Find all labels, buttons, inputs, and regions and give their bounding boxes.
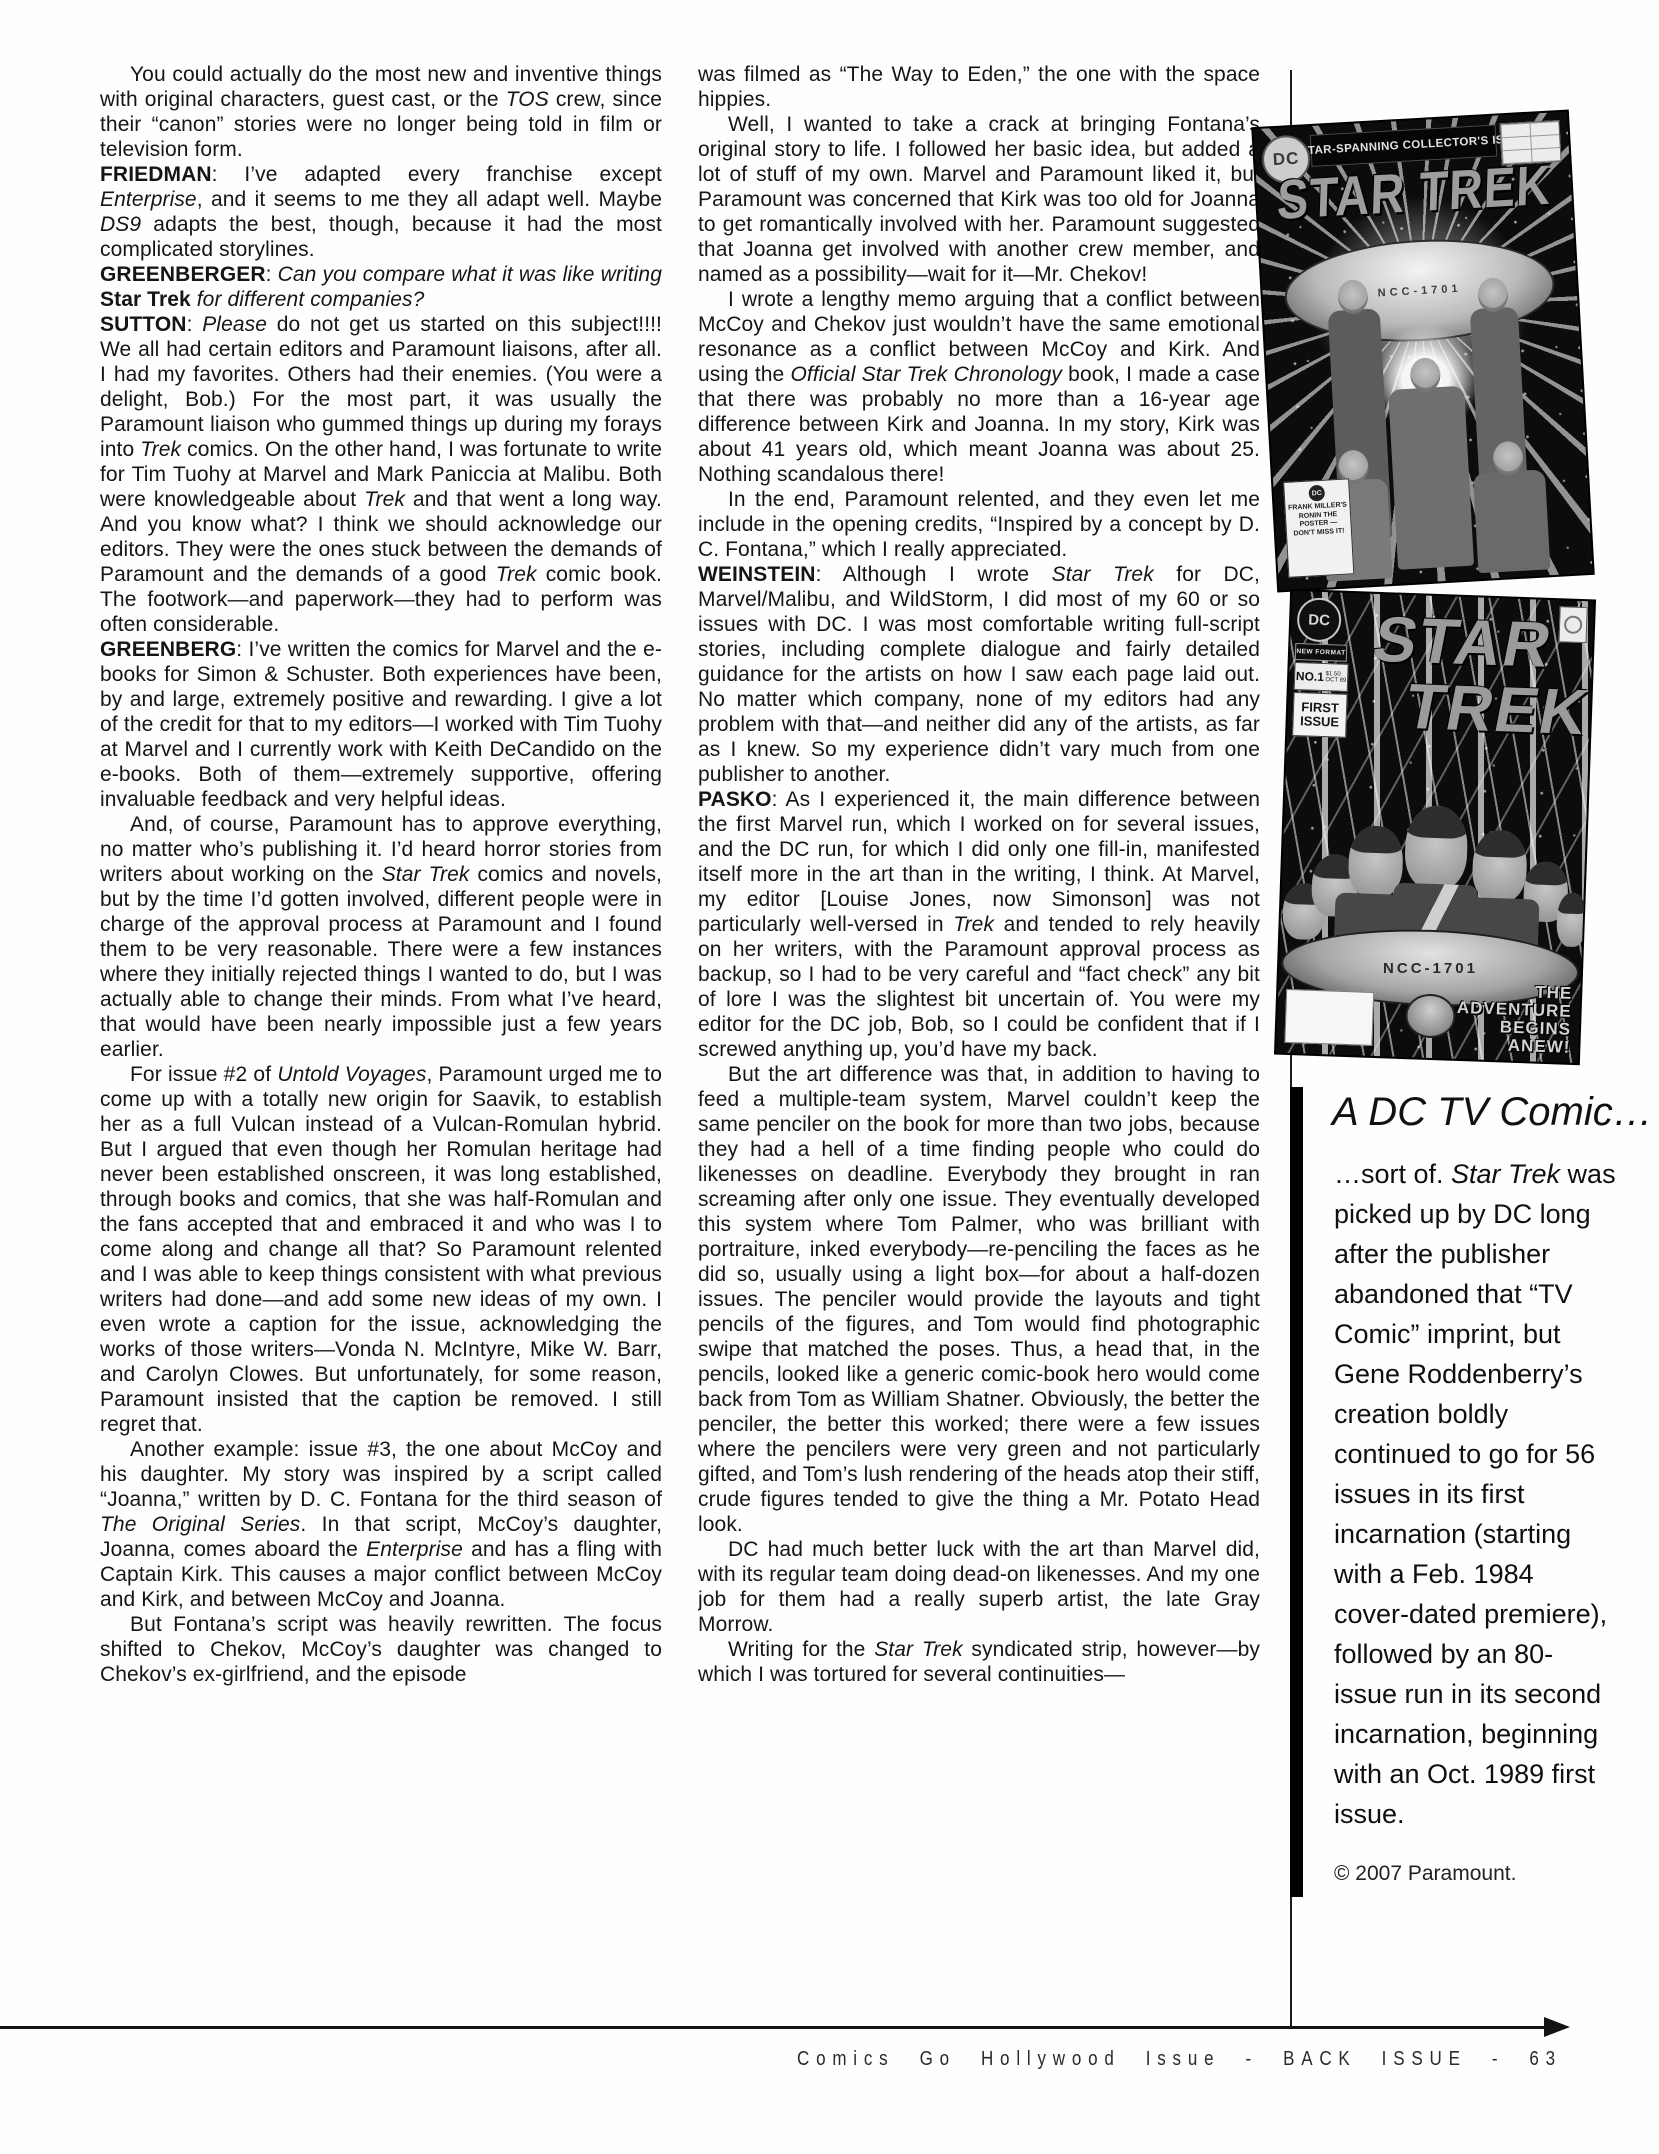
left-text-column: You could actually do the most new and i… (100, 62, 662, 2002)
cover-title-line1: STAR (1367, 602, 1559, 682)
mailing-label-box (1284, 989, 1374, 1046)
footer-rule (0, 2026, 1546, 2029)
ronin-promo-box: DC FRANK MILLER'S RONIN THE POSTER — DON… (1283, 478, 1354, 578)
issue-number-label: NO.1 (1296, 669, 1324, 684)
crew-figure-silhouette (1473, 469, 1550, 573)
corner-logo-icon (1564, 615, 1583, 634)
paragraph: But the art difference was that, in addi… (698, 1062, 1260, 1537)
dc-logo-icon: DC (1308, 485, 1325, 502)
paragraph: You could actually do the most new and i… (100, 62, 662, 162)
price-label: $1.50 (1325, 671, 1340, 678)
paragraph: FRIEDMAN: I’ve adapted every franchise e… (100, 162, 662, 262)
paragraph: Writing for the Star Trek syndicated str… (698, 1637, 1260, 1687)
paragraph: For issue #2 of Untold Voyages, Paramoun… (100, 1062, 662, 1437)
ronin-promo-text: FRANK MILLER'S RONIN THE POSTER — DON'T … (1285, 501, 1351, 539)
paragraph: I wrote a lengthy memo arguing that a co… (698, 287, 1260, 487)
right-text-column: was filmed as “The Way to Eden,” the one… (698, 62, 1260, 2002)
footer-arrow-icon (1544, 2017, 1570, 2037)
paragraph: PASKO: As I experienced it, the main dif… (698, 787, 1260, 1062)
cover-title-line2: TREK (1399, 669, 1594, 749)
sidebar-body: …sort of. Star Trek was picked up by DC … (1334, 1154, 1616, 1894)
paragraph: GREENBERGER: Can you compare what it was… (100, 262, 662, 312)
crew-head-spock (1471, 829, 1527, 903)
crew-head (1556, 892, 1588, 947)
new-format-label: NEW FORMAT (1295, 643, 1348, 662)
paragraph: Another example: issue #3, the one about… (100, 1437, 662, 1612)
paragraph: But Fontana’s script was heavily rewritt… (100, 1612, 662, 1687)
crew-figure-kirk-silhouette (1388, 386, 1474, 570)
copyright-credit: © 2007 Paramount. (1334, 1854, 1616, 1894)
cover-tagline: THE ADVENTURE BEGINS ANEW! (1440, 980, 1572, 1056)
hull-number-label: NCC-1701 (1383, 959, 1478, 976)
sidebar-accent-bar (1290, 1087, 1303, 1897)
hull-number-label: NCC-1701 (1377, 282, 1462, 299)
comic-cover-star-trek-1989: STAR TREK NCC-1701 DC NEW FORMAT NO.1 $1… (1276, 591, 1594, 1063)
paragraph: DC had much better luck with the art tha… (698, 1537, 1260, 1637)
paragraph: In the end, Paramount relented, and they… (698, 487, 1260, 562)
paragraph: Well, I wanted to take a crack at bringi… (698, 112, 1260, 287)
sidebar-body-text: …sort of. Star Trek was picked up by DC … (1334, 1154, 1616, 1834)
price-date-label: $1.50 OCT 89 (1325, 671, 1346, 685)
footer-page-label: Comics Go Hollywood Issue - BACK ISSUE -… (797, 2048, 1562, 2071)
sidebar-title: A DC TV Comic… (1332, 1090, 1653, 1135)
paragraph: GREENBERG: I’ve written the comics for M… (100, 637, 662, 812)
comic-cover-star-trek-1984: NCC-1701 1ST STAR-SPANNING COLLECTOR'S I… (1253, 112, 1592, 591)
paragraph: SUTTON: Please do not get us started on … (100, 312, 662, 637)
paragraph: WEINSTEIN: Although I wrote Star Trek fo… (698, 562, 1260, 787)
crew-head-kirk (1404, 805, 1469, 891)
magazine-page: You could actually do the most new and i… (0, 0, 1659, 2154)
corner-logo-box (1559, 606, 1588, 643)
date-label: OCT 89 (1325, 677, 1346, 684)
first-issue-label: FIRST ISSUE (1292, 692, 1348, 738)
paragraph: was filmed as “The Way to Eden,” the one… (698, 62, 1260, 112)
paragraph: And, of course, Paramount has to approve… (100, 812, 662, 1062)
issue-number-box: NO.1 $1.50 OCT 89 (1294, 662, 1349, 692)
